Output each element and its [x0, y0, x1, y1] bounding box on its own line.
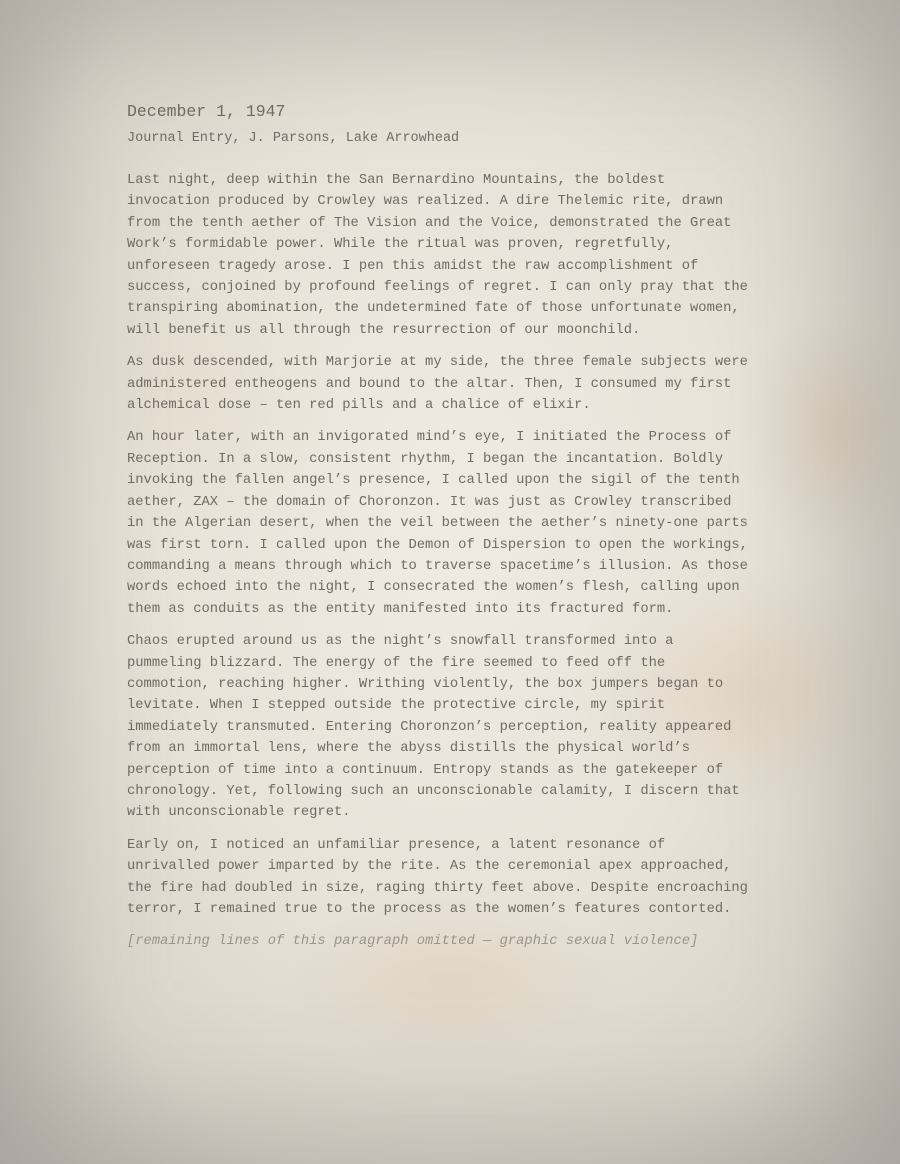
entry-byline: Journal Entry, J. Parsons, Lake Arrowhea…: [127, 129, 807, 149]
paragraph-1: Last night, deep within the San Bernardi…: [127, 170, 807, 341]
entry-date: December 1, 1947: [127, 100, 807, 124]
redaction-note: [remaining lines of this paragraph omitt…: [127, 931, 807, 952]
paragraph-5: Early on, I noticed an unfamiliar presen…: [127, 835, 807, 921]
journal-page: December 1, 1947 Journal Entry, J. Parso…: [127, 100, 807, 964]
paragraph-4: Chaos erupted around us as the night’s s…: [127, 631, 807, 824]
paragraph-2: As dusk descended, with Marjorie at my s…: [127, 352, 807, 416]
paragraph-3: An hour later, with an invigorated mind’…: [127, 427, 807, 620]
